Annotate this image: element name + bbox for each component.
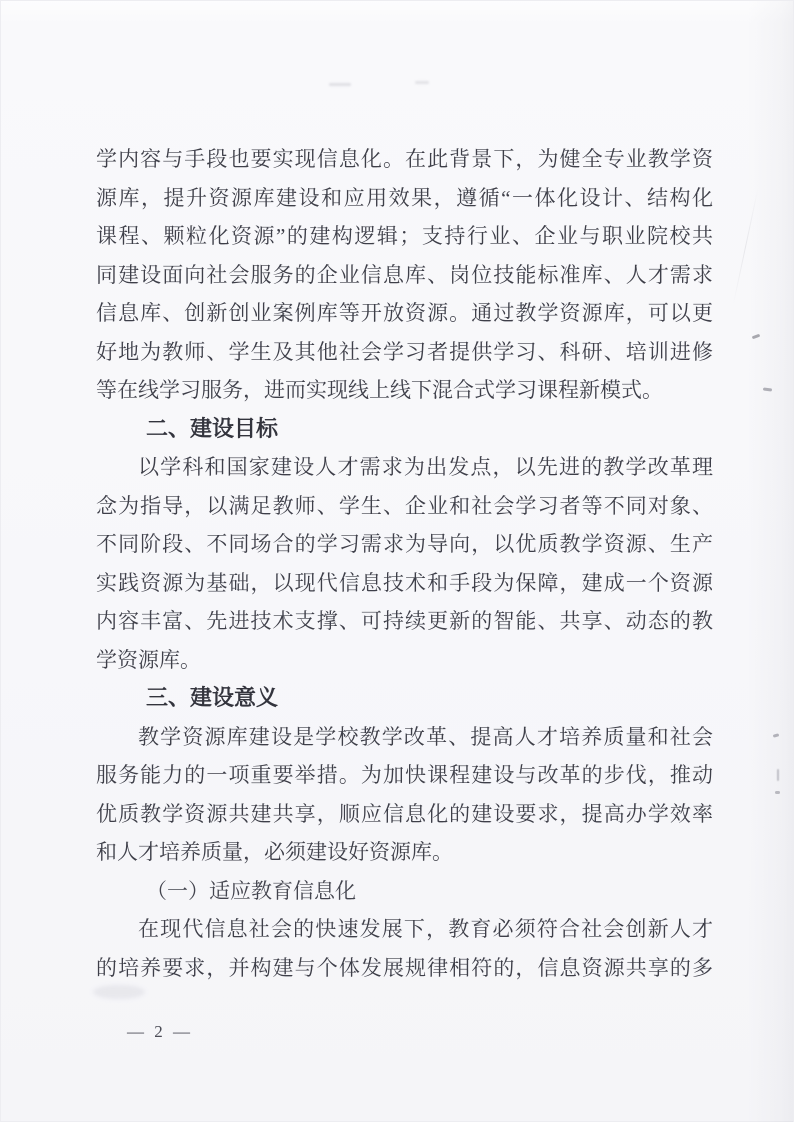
scan-speck — [777, 769, 779, 781]
body-line: 念为指导，以满足教师、学生、企业和社会学习者等不同对象、 — [96, 487, 713, 526]
body-line: 教学资源库建设是学校教学改革、提高人才培养质量和社会 — [96, 718, 713, 757]
body-line: 信息库、创新创业案例库等开放资源。通过教学资源库，可以更 — [96, 294, 713, 333]
scan-edge-shade — [747, 1, 793, 1122]
scan-speck — [773, 733, 780, 737]
body-line: 以学科和国家建设人才需求为出发点，以先进的教学改革理 — [96, 448, 713, 487]
body-line: 源库，提升资源库建设和应用效果，遵循“一体化设计、结构化 — [96, 179, 713, 218]
scan-edge-artifact — [733, 188, 759, 306]
page: 学内容与手段也要实现信息化。在此背景下，为健全专业教学资 源库，提升资源库建设和… — [0, 0, 794, 1122]
body-line: 课程、颗粒化资源”的建构逻辑；支持行业、企业与职业院校共 — [96, 217, 713, 256]
body-line: 好地为教师、学生及其他社会学习者提供学习、科研、培训进修 — [96, 333, 713, 372]
scan-speck — [763, 387, 772, 391]
scan-speck — [752, 334, 761, 340]
body-line: 不同阶段、不同场合的学习需求为导向，以优质教学资源、生产 — [96, 525, 713, 564]
page-number: — 2 — — [127, 1022, 193, 1042]
subsection-heading: （一）适应教育信息化 — [96, 872, 713, 911]
body-line: 内容丰富、先进技术支撑、可持续更新的智能、共享、动态的教 — [96, 602, 713, 641]
scan-smudge — [93, 985, 145, 999]
scan-smudge — [415, 81, 429, 84]
section-heading-3: 三、建设意义 — [96, 679, 713, 718]
body-line: 等在线学习服务，进而实现线上线下混合式学习课程新模式。 — [96, 371, 713, 410]
body-line: 实践资源为基础，以现代信息技术和手段为保障，建成一个资源 — [96, 564, 713, 603]
body-line: 同建设面向社会服务的企业信息库、岗位技能标准库、人才需求 — [96, 256, 713, 295]
body-line: 优质教学资源共建共享，顺应信息化的建设要求，提高办学效率 — [96, 795, 713, 834]
scan-speck — [775, 791, 780, 794]
body-line: 学内容与手段也要实现信息化。在此背景下，为健全专业教学资 — [96, 140, 713, 179]
body-line: 服务能力的一项重要举措。为加快课程建设与改革的步伐，推动 — [96, 756, 713, 795]
body-line: 的培养要求，并构建与个体发展规律相符的，信息资源共享的多 — [96, 949, 713, 988]
body-line: 和人才培养质量，必须建设好资源库。 — [96, 833, 713, 872]
scanned-document-page: { "colors": { "background": "#f7f7fa", "… — [0, 0, 794, 1122]
scan-smudge — [329, 83, 351, 86]
body-line: 学资源库。 — [96, 641, 713, 680]
body-line: 在现代信息社会的快速发展下，教育必须符合社会创新人才 — [96, 910, 713, 949]
text-block: 学内容与手段也要实现信息化。在此背景下，为健全专业教学资 源库，提升资源库建设和… — [96, 140, 713, 987]
section-heading-2: 二、建设目标 — [96, 410, 713, 449]
